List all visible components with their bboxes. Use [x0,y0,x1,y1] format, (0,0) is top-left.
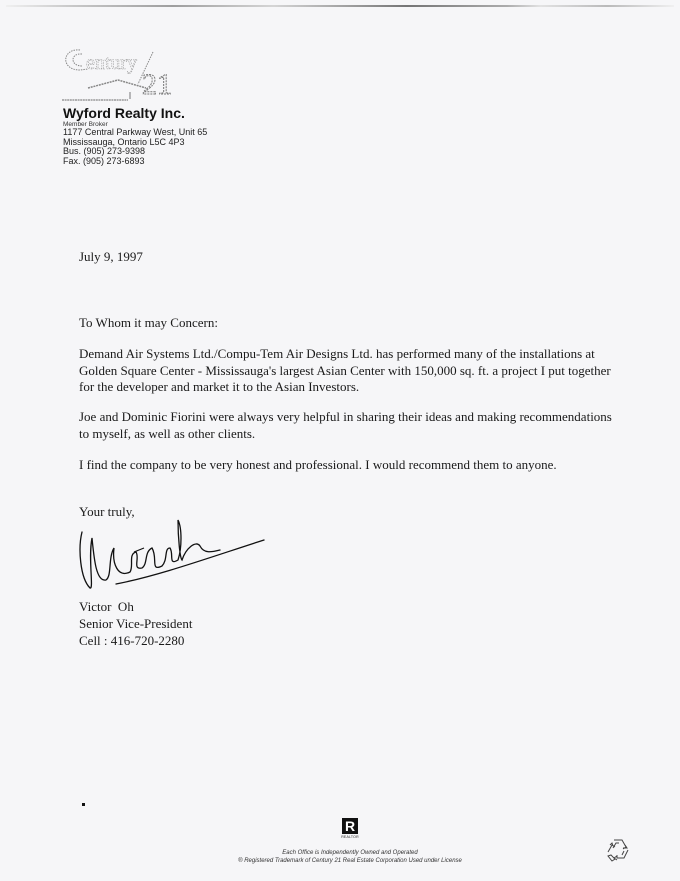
stray-mark [82,803,85,806]
letter-date: July 9, 1997 [79,249,143,265]
realtor-mark: R [342,818,358,834]
salutation: To Whom it may Concern: [79,315,218,331]
footer-line: ® Registered Trademark of Century 21 Rea… [200,857,500,865]
recycle-icon [603,835,633,865]
signer-title: Senior Vice-President [79,615,192,632]
svg-text:21: 21 [142,68,172,101]
signer-block: Victor Oh Senior Vice-President Cell : 4… [79,598,192,649]
company-name: Wyford Realty Inc. [63,105,185,121]
address-block: 1177 Central Parkway West, Unit 65 Missi… [63,128,207,166]
signer-phone: Cell : 416-720-2280 [79,632,192,649]
century-21-logo: entury 21 [58,42,178,104]
body-paragraph: Joe and Dominic Fiorini were always very… [79,409,619,442]
svg-text:entury: entury [86,52,137,74]
body-paragraph: Demand Air Systems Ltd./Compu-Tem Air De… [79,346,619,396]
body-paragraph: I find the company to be very honest and… [79,457,619,474]
realtor-logo: R REALTOR [340,818,360,840]
letter-page: entury 21 Wyford Realty Inc. Member Brok… [0,0,680,881]
footer-legal: Each Office is Independently Owned and O… [200,849,500,865]
realtor-label: REALTOR [340,835,360,839]
handwritten-signature [78,518,268,596]
page-top-edge [6,5,674,7]
signer-name: Victor Oh [79,598,192,615]
fax-line: Fax. (905) 273-6893 [63,157,207,167]
footer-line: Each Office is Independently Owned and O… [200,849,500,857]
